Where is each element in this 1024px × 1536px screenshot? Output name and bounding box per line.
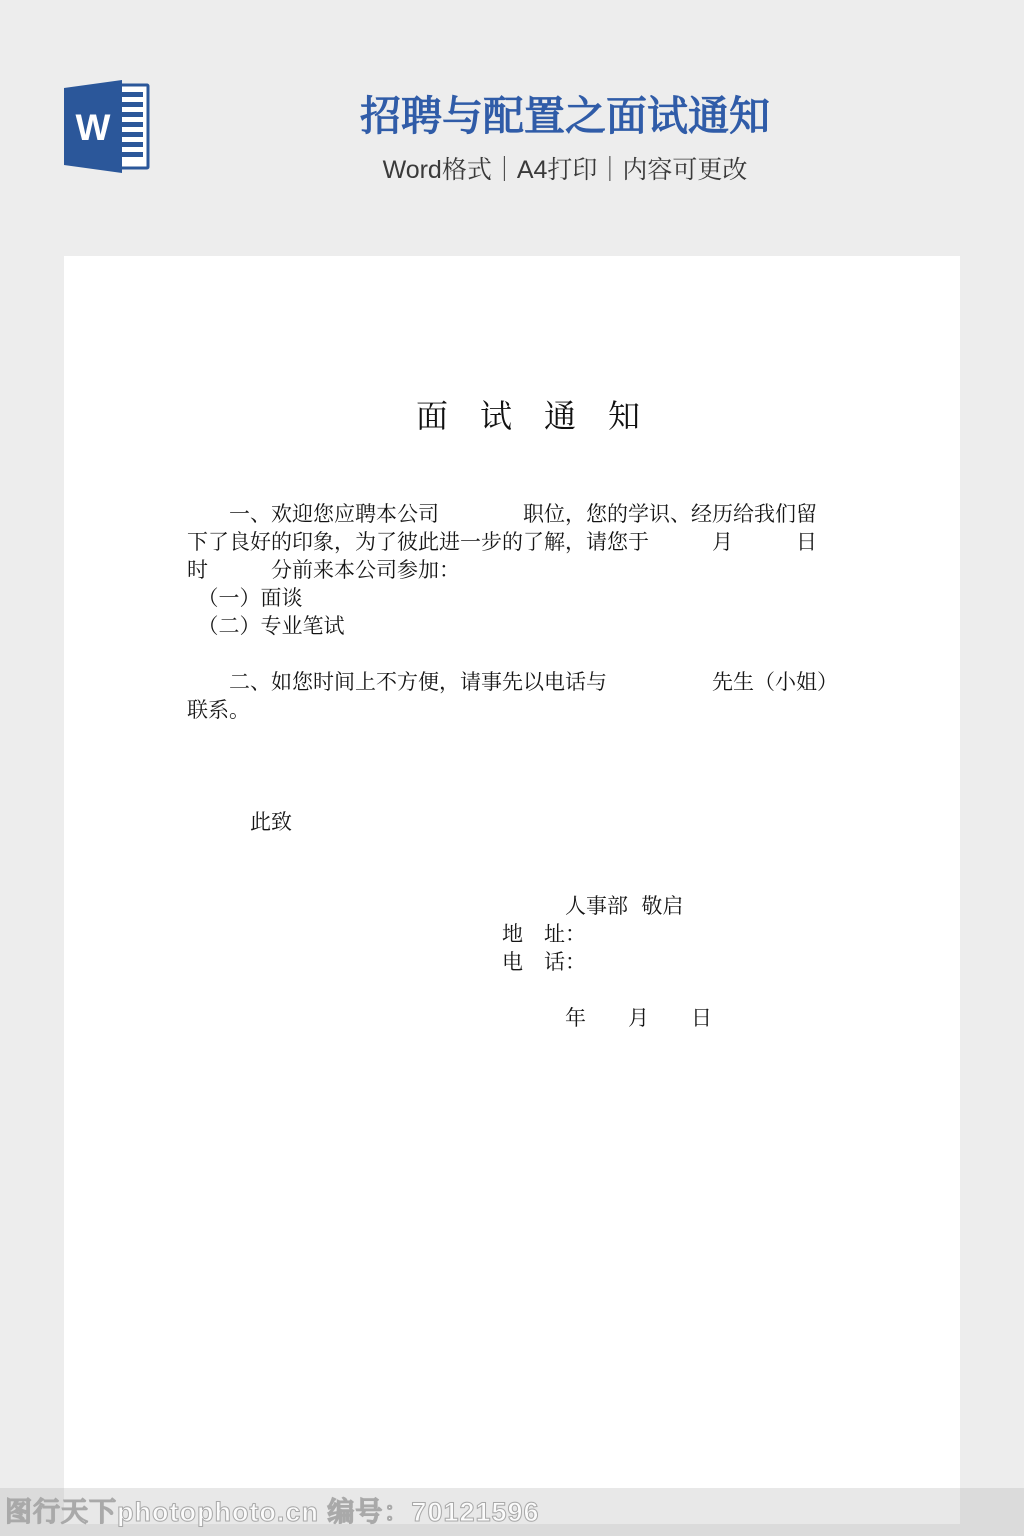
document-line: 人事部 敬启 <box>187 892 900 920</box>
document-page: 面 试 通 知 一、欢迎您应聘本公司 职位，您的学识、经历给我们留下了良好的印象… <box>64 256 960 1524</box>
document-line <box>187 724 900 752</box>
document-line <box>187 836 900 864</box>
document-line <box>187 780 900 808</box>
document-line: 联系。 <box>187 696 900 724</box>
document-line: （一）面谈 <box>187 584 900 612</box>
document-line: 一、欢迎您应聘本公司 职位，您的学识、经历给我们留 <box>187 500 900 528</box>
document-line: 下了良好的印象，为了彼此进一步的了解，请您于 月 日 <box>187 528 900 556</box>
document-line: 时 分前来本公司参加： <box>187 556 900 584</box>
document-line <box>187 976 900 1004</box>
document-body: 一、欢迎您应聘本公司 职位，您的学识、经历给我们留下了良好的印象，为了彼此进一步… <box>64 500 960 1032</box>
document-line <box>187 864 900 892</box>
document-line: 地 址： <box>187 920 900 948</box>
document-line: （二）专业笔试 <box>187 612 900 640</box>
document-line: 二、如您时间上不方便，请事先以电话与 先生（小姐） <box>187 668 900 696</box>
page-subtitle: Word格式｜A4打印｜内容可更改 <box>0 154 1024 186</box>
document-line: 年 月 日 <box>187 1004 900 1032</box>
document-line <box>187 752 900 780</box>
document-title: 面 试 通 知 <box>64 395 960 437</box>
document-line: 电 话： <box>187 948 900 976</box>
document-line: 此致 <box>187 808 900 836</box>
page-title: 招聘与配置之面试通知 <box>0 92 1024 140</box>
document-line <box>187 640 900 668</box>
watermark-text: 图行天下photophoto.cn 编号：70121596 <box>5 1490 540 1529</box>
